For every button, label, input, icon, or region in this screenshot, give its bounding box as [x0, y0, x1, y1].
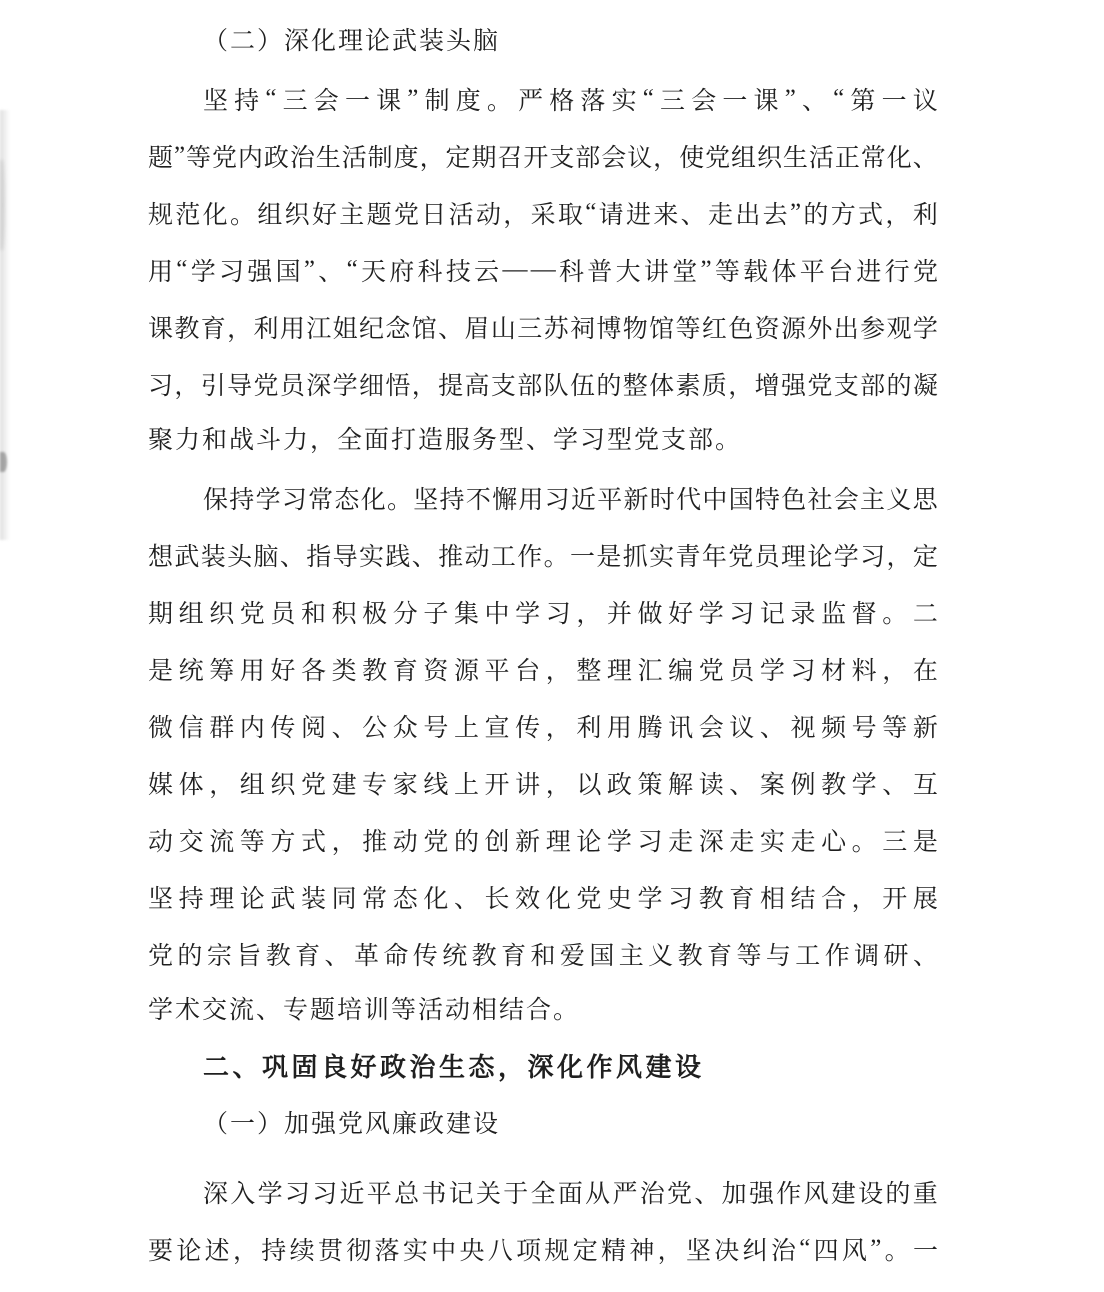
- text-line: 题”等党内政治生活制度，定期召开支部会议，使党组织生活正常化、: [148, 127, 938, 184]
- text-line: 深入学习习近平总书记关于全面从严治党、加强作风建设的重: [148, 1163, 938, 1220]
- subsection-heading: （二）深化理论武装头脑: [148, 13, 938, 70]
- text-line: 保持学习常态化。坚持不懈用习近平新时代中国特色社会主义思: [148, 469, 938, 526]
- text-line: 习，引导党员深学细悟，提高支部队伍的整体素质，增强党支部的凝: [148, 355, 938, 412]
- text-line: 聚力和战斗力，全面打造服务型、学习型党支部。: [148, 412, 938, 469]
- subsection-heading: （一）加强党风廉政建设: [148, 1096, 938, 1153]
- section-heading: 二、巩固良好政治生态，深化作风建设: [148, 1039, 938, 1096]
- document-page: （二）深化理论武装头脑 坚持“三会一课”制度。严格落实“三会一课”、“第一议 题…: [0, 0, 1104, 1292]
- text-line: 规范化。组织好主题党日活动，采取“请进来、走出去”的方式，利: [148, 184, 938, 241]
- text-line: 是统筹用好各类教育资源平台，整理汇编党员学习材料，在: [148, 640, 938, 697]
- text-line: 坚持理论武装同常态化、长效化党史学习教育相结合，开展: [148, 868, 938, 925]
- text-line: 要论述，持续贯彻落实中央八项规定精神，坚决纠治“四风”。一: [148, 1220, 938, 1277]
- text-line: 想武装头脑、指导实践、推动工作。一是抓实青年党员理论学习，定: [148, 526, 938, 583]
- text-line: 课教育，利用江姐纪念馆、眉山三苏祠博物馆等红色资源外出参观学: [148, 298, 938, 355]
- text-line: 用“学习强国”、“天府科技云——科普大讲堂”等载体平台进行党: [148, 241, 938, 298]
- text-line: 学术交流、专题培训等活动相结合。: [148, 982, 938, 1039]
- text-line: 媒体，组织党建专家线上开讲，以政策解读、案例教学、互: [148, 754, 938, 811]
- text-line: 期组织党员和积极分子集中学习，并做好学习记录监督。二: [148, 583, 938, 640]
- text-line: 动交流等方式，推动党的创新理论学习走深走实走心。三是: [148, 811, 938, 868]
- document-body: （二）深化理论武装头脑 坚持“三会一课”制度。严格落实“三会一课”、“第一议 题…: [148, 0, 938, 1277]
- text-line: 党的宗旨教育、革命传统教育和爱国主义教育等与工作调研、: [148, 925, 938, 982]
- scan-artifact-smudge: [0, 452, 7, 472]
- text-line: 坚持“三会一课”制度。严格落实“三会一课”、“第一议: [148, 70, 938, 127]
- text-line: 微信群内传阅、公众号上宣传，利用腾讯会议、视频号等新: [148, 697, 938, 754]
- scan-artifact-smudge: [0, 160, 5, 250]
